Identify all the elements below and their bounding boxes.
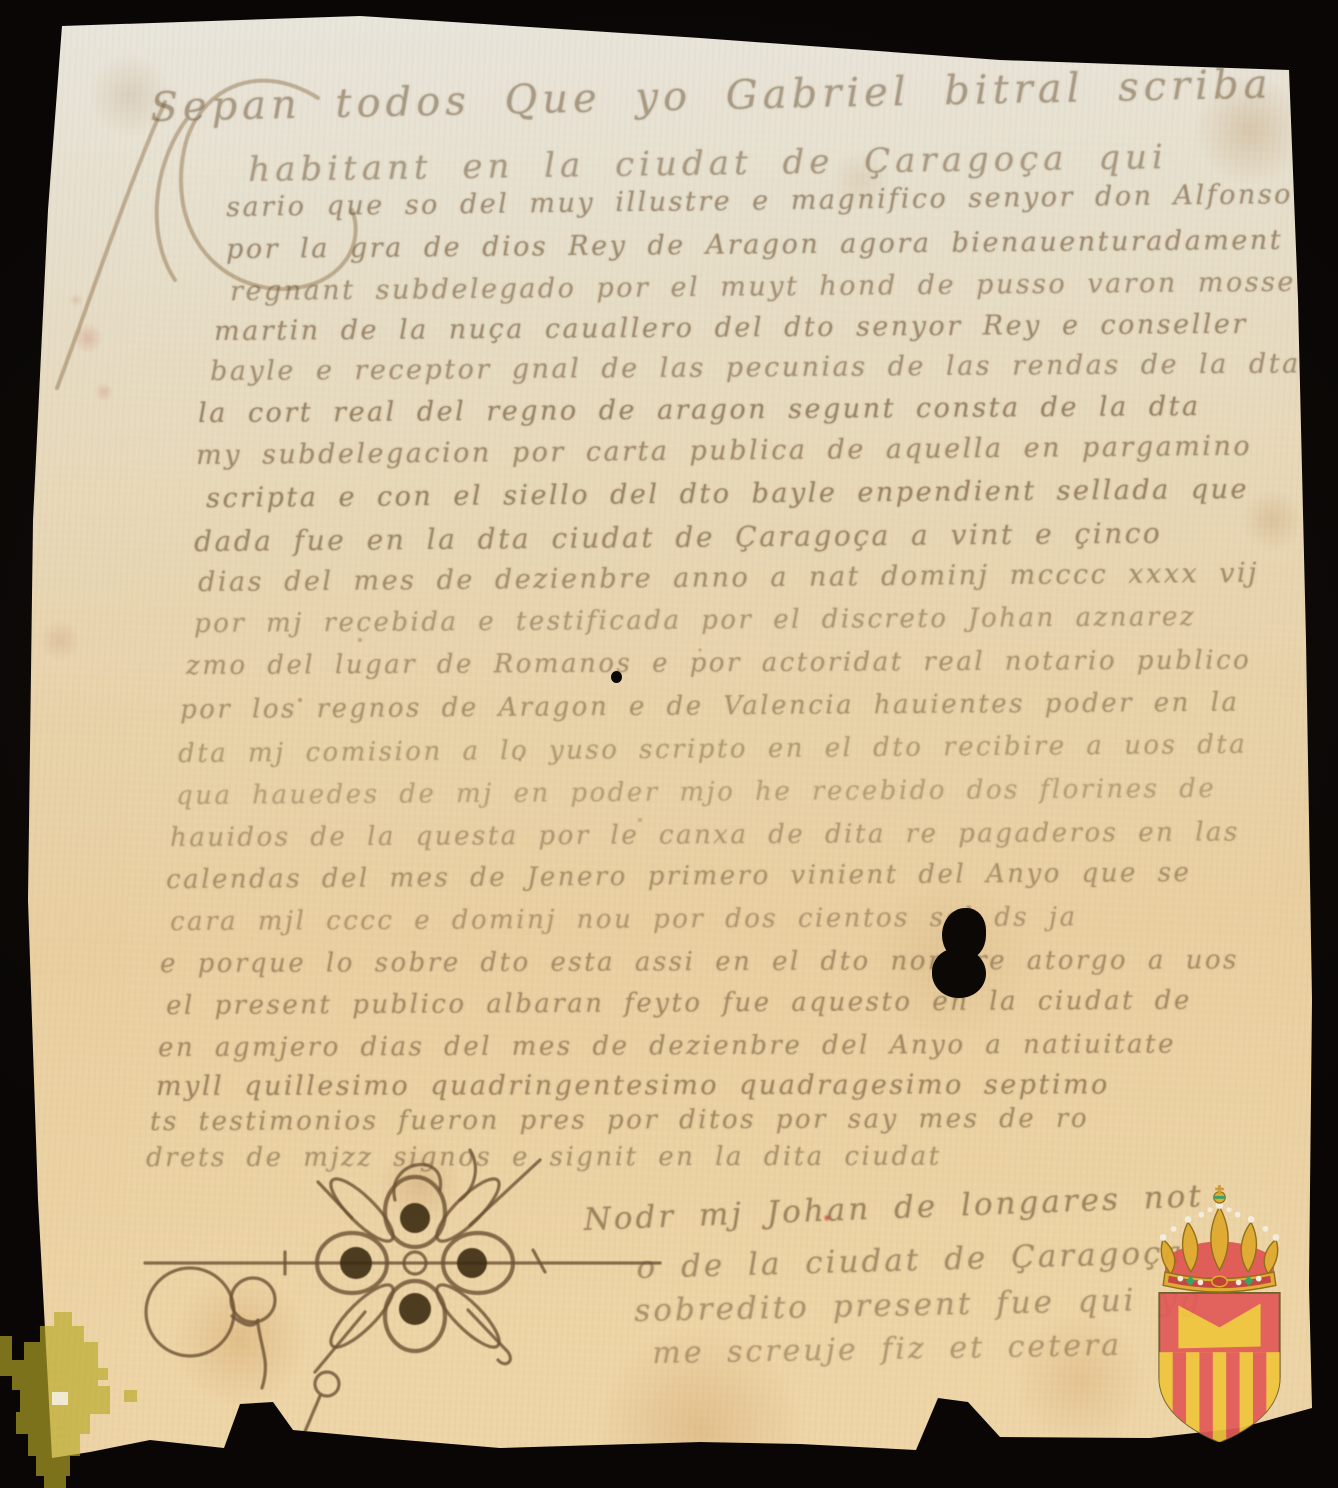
manuscript-line: hauidos de la questa por le canxa de dit… bbox=[170, 817, 1240, 853]
manuscript-line: my subdelegacion por carta publica de aq… bbox=[196, 431, 1252, 471]
manuscript-line: bayle e receptor gnal de las pecunias de… bbox=[210, 348, 1301, 387]
manuscript-line: scripta e con el siello del dto bayle en… bbox=[206, 474, 1249, 514]
crown-orb-cross bbox=[1214, 1185, 1225, 1203]
manuscript-line: por la gra de dios Rey de Aragon agora b… bbox=[226, 225, 1283, 265]
manuscript-line: sobredito present fue qui yg bbox=[634, 1281, 1203, 1329]
coat-of-arms bbox=[1146, 1184, 1293, 1442]
parchment-hole bbox=[932, 948, 986, 998]
photo-background: Sepan todos Que yo Gabriel bitral scriba… bbox=[0, 0, 1338, 1488]
manuscript-line: la cort real del regno de aragon segunt … bbox=[198, 391, 1201, 429]
manuscript-line: me screuje fiz et cetera bbox=[652, 1328, 1122, 1371]
manuscript-line: dias del mes de dezienbre anno a nat dom… bbox=[198, 558, 1259, 598]
manuscript-line: qua hauedes de mj en poder mjo he recebi… bbox=[176, 774, 1216, 811]
manuscript-line: martin de la nuça cauallero del dto seny… bbox=[214, 309, 1248, 347]
manuscript-line: en agmjero dias del mes de dezienbre del… bbox=[158, 1029, 1176, 1063]
manuscript-line: zmo del lugar de Romanos e por actoridat… bbox=[186, 645, 1251, 681]
manuscript-line: e porque lo sobre dto esta assi en el dt… bbox=[160, 945, 1239, 979]
manuscript-line: Nodr mj Johan de longares not bbox=[583, 1178, 1204, 1238]
manuscript-line: o de la ciudat de Çaragoça bbox=[636, 1235, 1185, 1286]
manuscript-line: por los regnos de Aragon e de Valencia h… bbox=[180, 688, 1240, 725]
manuscript-line: Sepan todos Que yo Gabriel bitral scriba bbox=[150, 61, 1273, 130]
manuscript-line: regnant subdelegado por el muyt hond de … bbox=[230, 267, 1316, 307]
manuscript-line: ts testimonios fueron pres por ditos por… bbox=[150, 1104, 1089, 1137]
manuscript-line: dta mj comision a lo yuso scripto en el … bbox=[178, 730, 1247, 769]
manuscript-line: el present publico albaran feyto fue aqu… bbox=[166, 986, 1192, 1021]
manuscript-line: myll quillesimo quadringentesimo quadrag… bbox=[156, 1069, 1110, 1102]
parchment-hole bbox=[611, 671, 622, 683]
manuscript-line: calendas del mes de Jenero primero vinie… bbox=[166, 858, 1191, 895]
shield bbox=[1159, 1293, 1279, 1442]
manuscript-line: drets de mjzz signos e signit en la dita… bbox=[146, 1142, 942, 1173]
crown-icon bbox=[1160, 1185, 1279, 1292]
manuscript-line: por mj recebida e testificada por el dis… bbox=[194, 602, 1196, 639]
manuscript-line: dada fue en la dta ciudat de Çaragoça a … bbox=[194, 517, 1162, 558]
sign-petal-dots bbox=[340, 1203, 487, 1325]
parchment-sheet: Sepan todos Que yo Gabriel bitral scriba… bbox=[0, 0, 1338, 1488]
